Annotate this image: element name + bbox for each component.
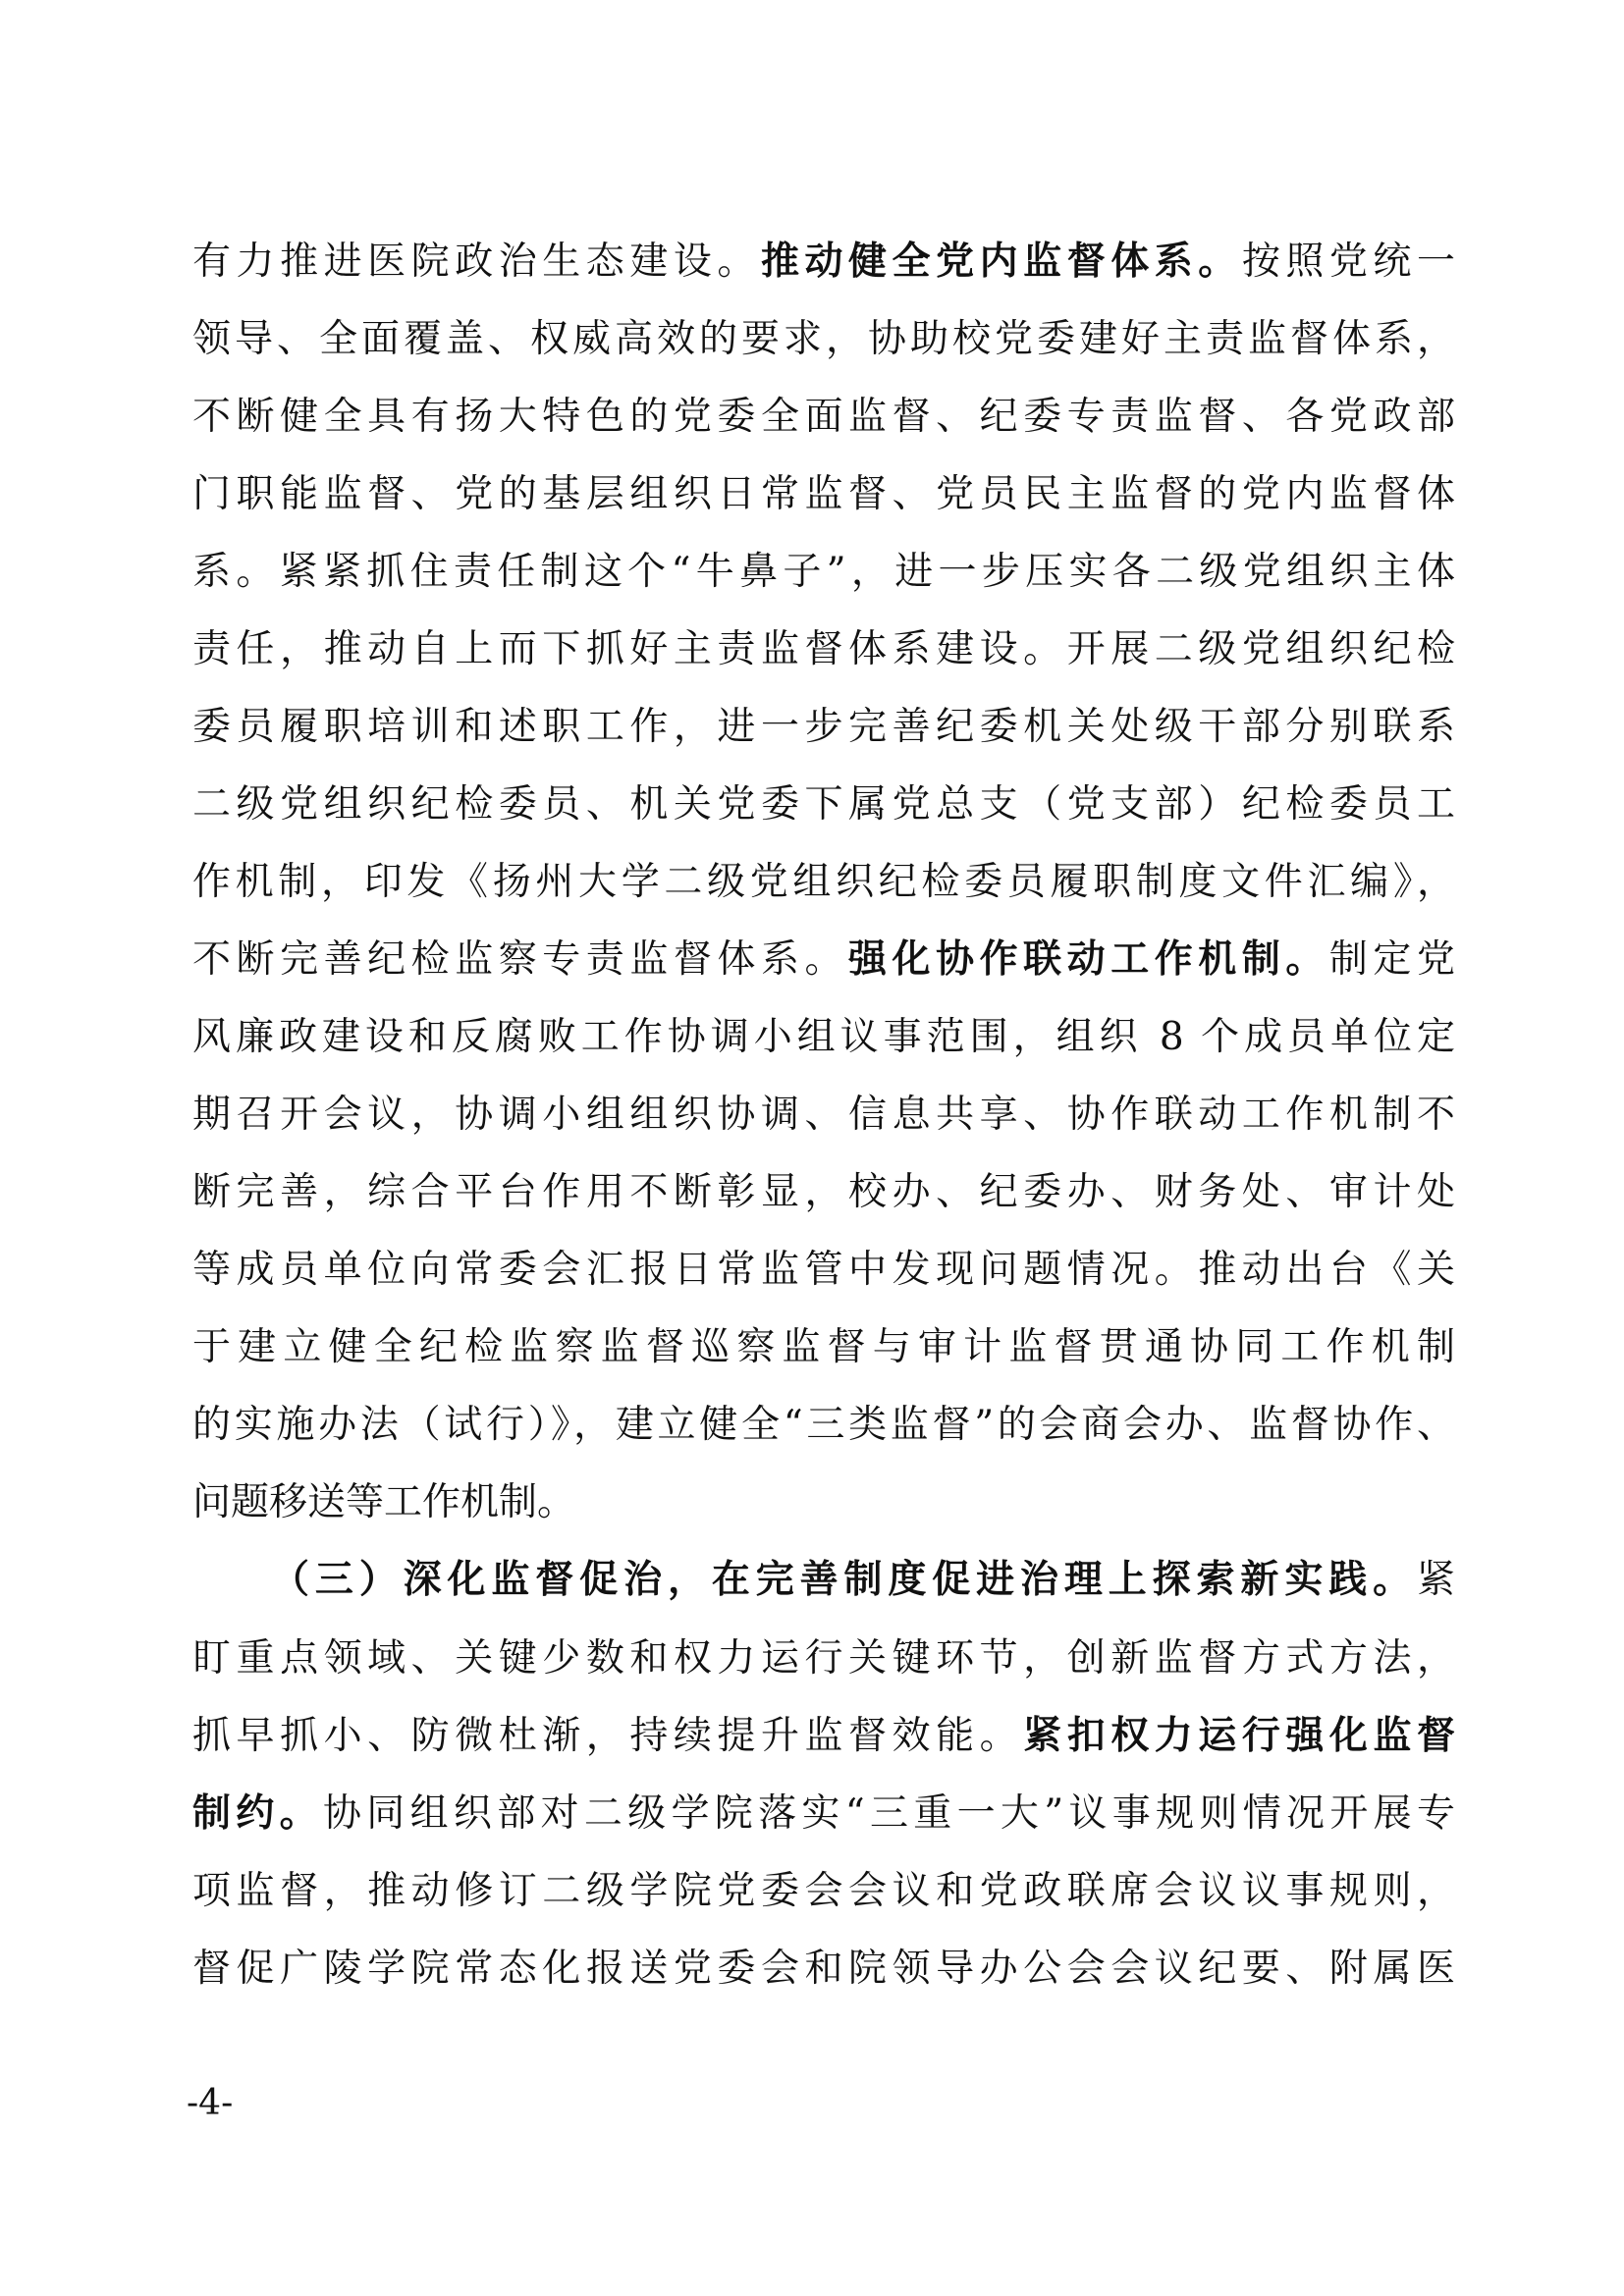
body-text-segment: 项监督，推动修订二级学院党委会会议和党政联席会议议事规则，: [192, 1869, 1455, 1913]
text-line: 不断健全具有扬大特色的党委全面监督、纪委专责监督、各党政部: [192, 388, 1455, 447]
body-text-segment: 二级党组织纪检委员、机关党委下属党总支（党支部）纪检委员工: [192, 782, 1455, 827]
text-line: 不断完善纪检监察专责监督体系。强化协作联动工作机制。制定党: [192, 931, 1455, 989]
body-text-segment: 协同组织部对二级学院落实“三重一大”议事规则情况开展专: [323, 1791, 1455, 1836]
body-text-segment: 系。紧紧抓住责任制这个“牛鼻子”，进一步压实各二级党组织主体: [192, 550, 1455, 594]
body-text-segment: 责任，推动自上而下抓好主责监督体系建设。开展二级党组织纪检: [192, 627, 1455, 671]
body-text-segment: 期召开会议，协调小组组织协调、信息共享、协作联动工作机制不: [192, 1093, 1455, 1137]
text-line: 抓早抓小、防微杜渐，持续提升监督效能。紧扣权力运行强化监督: [192, 1707, 1455, 1766]
text-line: 有力推进医院政治生态建设。推动健全党内监督体系。按照党统一: [192, 233, 1455, 292]
body-text-segment: 抓早抓小、防微杜渐，持续提升监督效能。: [192, 1714, 1023, 1758]
body-text-segment: 的实施办法（试行）》，建立健全“三类监督”的会商会办、监督协作、: [192, 1403, 1455, 1447]
body-text-segment: 领导、全面覆盖、权威高效的要求，协助校党委建好主责监督体系，: [192, 317, 1455, 361]
document-page: 有力推进医院政治生态建设。推动健全党内监督体系。按照党统一领导、全面覆盖、权威高…: [0, 0, 1624, 2296]
bold-heading-text: 制约。: [192, 1791, 323, 1836]
text-line: 风廉政建设和反腐败工作协调小组议事范围，组织 8 个成员单位定: [192, 1008, 1455, 1067]
text-line: 督促广陵学院常态化报送党委会和院领导办公会会议纪要、附属医: [192, 1940, 1455, 1999]
text-line: 期召开会议，协调小组组织协调、信息共享、协作联动工作机制不: [192, 1086, 1455, 1145]
text-line: 作机制，印发《扬州大学二级党组织纪检委员履职制度文件汇编》，: [192, 853, 1455, 912]
body-text-segment: 于建立健全纪检监察监督巡察监督与审计监督贯通协同工作机制: [192, 1325, 1455, 1369]
text-line: 责任，推动自上而下抓好主责监督体系建设。开展二级党组织纪检: [192, 620, 1455, 679]
body-text-segment: 督促广陵学院常态化报送党委会和院领导办公会会议纪要、附属医: [192, 1947, 1455, 1991]
text-line: 于建立健全纪检监察监督巡察监督与审计监督贯通协同工作机制: [192, 1318, 1455, 1377]
text-line: 项监督，推动修订二级学院党委会会议和党政联席会议议事规则，: [192, 1862, 1455, 1921]
text-line: 的实施办法（试行）》，建立健全“三类监督”的会商会办、监督协作、: [192, 1396, 1455, 1455]
body-text-segment: 制定党: [1329, 937, 1455, 982]
body-text-segment: 按照党统一: [1242, 240, 1455, 284]
text-line: 盯重点领域、关键少数和权力运行关键环节，创新监督方式方法，: [192, 1629, 1455, 1688]
text-line: （三）深化监督促治，在完善制度促进治理上探索新实践。紧: [271, 1551, 1455, 1610]
bold-heading-text: （三）深化监督促治，在完善制度促进治理上探索新实践。: [271, 1558, 1417, 1602]
text-line: 门职能监督、党的基层组织日常监督、党员民主监督的党内监督体: [192, 465, 1455, 524]
body-text-segment: 风廉政建设和反腐败工作协调小组议事范围，组织 8 个成员单位定: [192, 1015, 1455, 1059]
body-text-segment: 问题移送等工作机制。: [192, 1480, 575, 1524]
text-line: 等成员单位向常委会汇报日常监管中发现问题情况。推动出台《关: [192, 1241, 1455, 1300]
bold-heading-text: 推动健全党内监督体系。: [761, 240, 1242, 284]
text-line: 委员履职培训和述职工作，进一步完善纪委机关处级干部分别联系: [192, 698, 1455, 757]
text-line: 二级党组织纪检委员、机关党委下属党总支（党支部）纪检委员工: [192, 775, 1455, 834]
bold-heading-text: 强化协作联动工作机制。: [848, 937, 1329, 982]
body-text-segment: 紧: [1417, 1558, 1455, 1602]
text-line: 系。紧紧抓住责任制这个“牛鼻子”，进一步压实各二级党组织主体: [192, 543, 1455, 602]
body-text-segment: 有力推进医院政治生态建设。: [192, 240, 761, 284]
text-line: 领导、全面覆盖、权威高效的要求，协助校党委建好主责监督体系，: [192, 310, 1455, 369]
text-line: 问题移送等工作机制。: [192, 1473, 1455, 1532]
text-line: 制约。协同组织部对二级学院落实“三重一大”议事规则情况开展专: [192, 1785, 1455, 1843]
page-number: -4-: [187, 2079, 233, 2128]
body-text-segment: 作机制，印发《扬州大学二级党组织纪检委员履职制度文件汇编》，: [192, 860, 1455, 904]
body-text-segment: 断完善，综合平台作用不断彰显，校办、纪委办、财务处、审计处: [192, 1170, 1455, 1214]
body-text-segment: 盯重点领域、关键少数和权力运行关键环节，创新监督方式方法，: [192, 1636, 1455, 1681]
body-text-segment: 不断健全具有扬大特色的党委全面监督、纪委专责监督、各党政部: [192, 395, 1455, 439]
body-text-segment: 委员履职培训和述职工作，进一步完善纪委机关处级干部分别联系: [192, 705, 1455, 749]
bold-heading-text: 紧扣权力运行强化监督: [1023, 1714, 1455, 1758]
body-text-segment: 等成员单位向常委会汇报日常监管中发现问题情况。推动出台《关: [192, 1248, 1455, 1292]
body-text-segment: 不断完善纪检监察专责监督体系。: [192, 937, 848, 982]
text-line: 断完善，综合平台作用不断彰显，校办、纪委办、财务处、审计处: [192, 1163, 1455, 1222]
body-text-segment: 门职能监督、党的基层组织日常监督、党员民主监督的党内监督体: [192, 472, 1455, 516]
